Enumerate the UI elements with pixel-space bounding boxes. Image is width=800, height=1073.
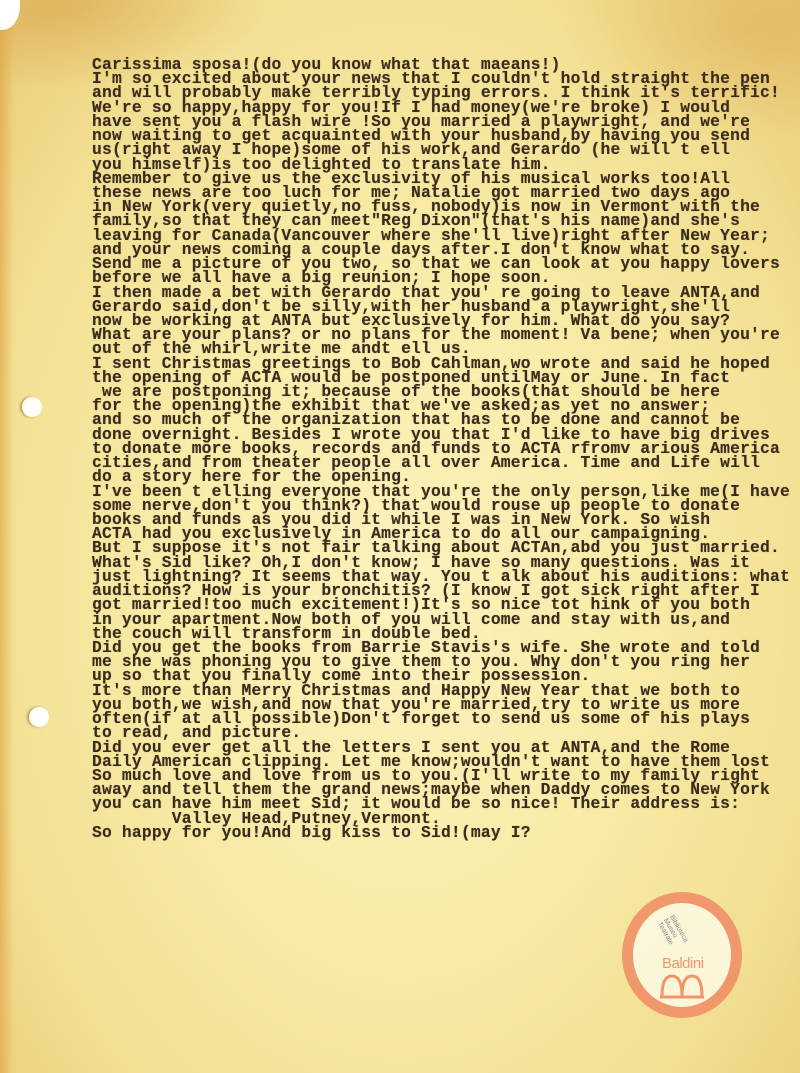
- stamp-name: Baldini: [662, 955, 704, 972]
- punch-hole-upper: [22, 397, 42, 417]
- punch-hole-lower: [29, 707, 49, 727]
- letter-body: Carissima sposa!(do you know what that m…: [92, 58, 790, 840]
- baldini-b-logo-icon: [660, 972, 706, 1000]
- baldini-library-stamp: Biblioteca Museo Teatrale Baldini: [622, 892, 732, 1008]
- paper-edge-left: [0, 0, 14, 1073]
- letter-line: So happy for you!And big kiss to Sid!(ma…: [92, 826, 790, 840]
